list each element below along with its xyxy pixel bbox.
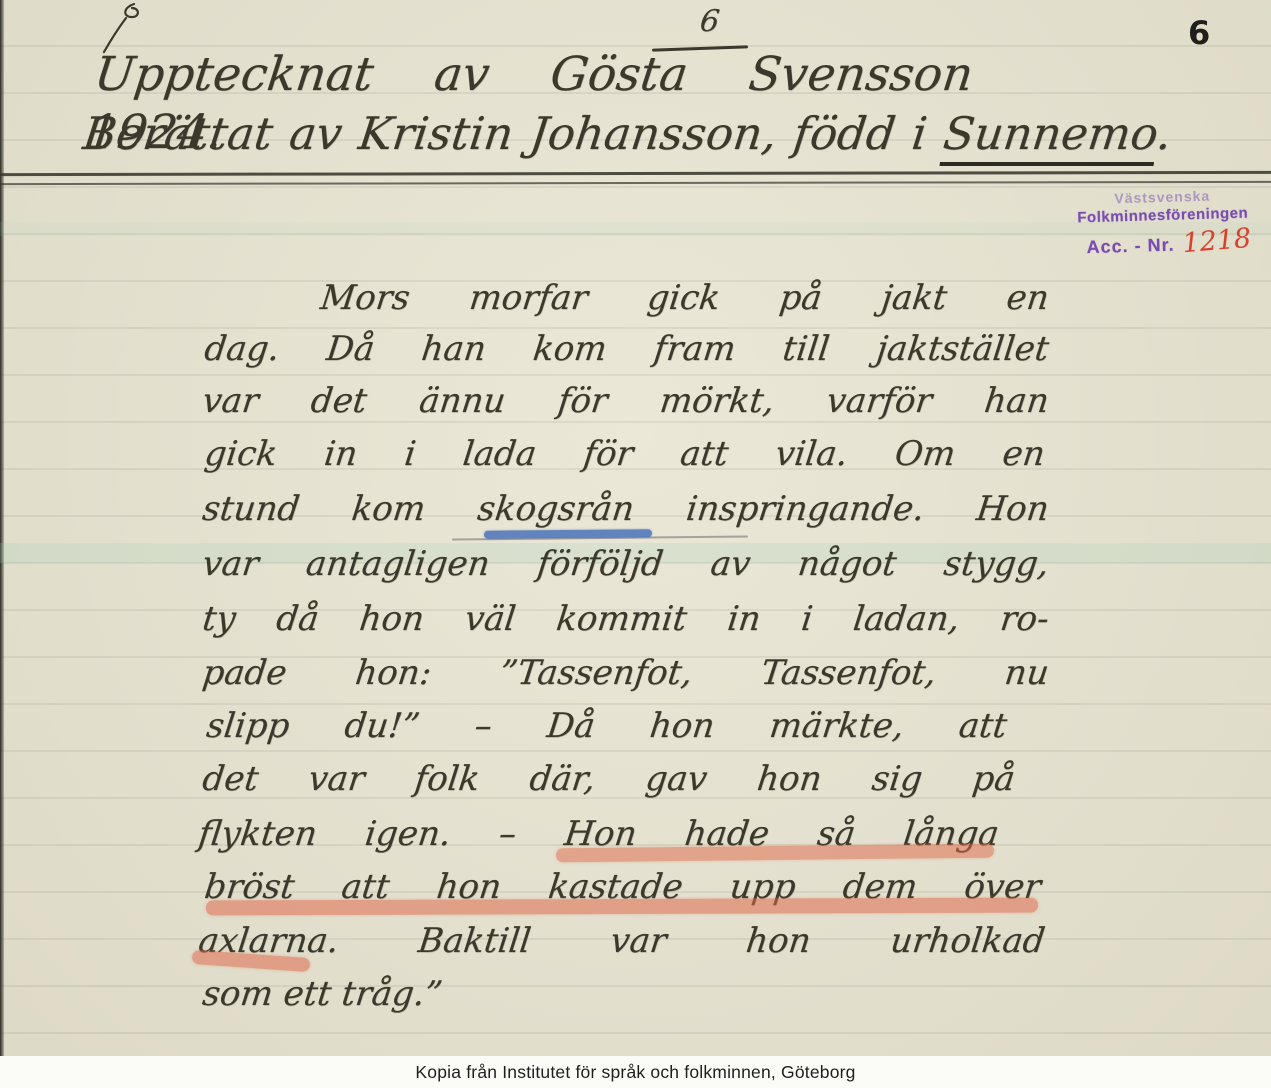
body-line: det var folk där, gav hon sig på — [200, 757, 1017, 801]
body-line: Mors morfar gick på jakt en — [318, 276, 1051, 320]
header-told-by: Berättat av Kristin Johansson, född i Su… — [80, 106, 1175, 162]
body-line: dag. Då han kom fram till jaktstället — [202, 327, 1051, 371]
stamp-accession-row: Acc. - Nr. 1218 — [1058, 224, 1269, 261]
stamp-acc-label: Acc. - Nr. — [1086, 235, 1175, 258]
place-name-underlined: Sunnemo — [940, 107, 1161, 166]
blue-underline-mark — [484, 529, 652, 538]
body-line: var det ännu för mörkt, varför han — [200, 379, 1051, 423]
printed-page-number: 6 — [1188, 14, 1210, 52]
manuscript-page: 6 6 Upptecknat av Gösta Svensson 1924. B… — [0, 0, 1271, 1088]
archive-stamp: Västsvenska Folkminnesföreningen Acc. - … — [1057, 186, 1269, 261]
body-line: var antagligen förföljd av något stygg, — [200, 542, 1051, 586]
divider-double-rule — [0, 171, 1271, 185]
body-line: gick in i lada för att vila. Om en — [202, 432, 1047, 476]
red-crayon-underline-2 — [206, 898, 1038, 916]
body-line: ty då hon väl kommit in i ladan, ro- — [200, 597, 1051, 641]
body-line: stund kom skogsrån inspringande. Hon — [200, 487, 1051, 531]
stamp-acc-number: 1218 — [1181, 223, 1252, 259]
header-told-by-text: Berättat av Kristin Johansson, född i — [80, 107, 930, 160]
handwritten-page-number: 6 — [698, 4, 721, 39]
body-line: slipp du!” – Då hon märkte, att — [204, 704, 1009, 748]
copy-caption-strip: Kopia från Institutet för språk och folk… — [0, 1056, 1271, 1088]
copy-caption-text: Kopia från Institutet för språk och folk… — [415, 1062, 855, 1083]
body-line: som ett tråg.” — [200, 972, 605, 1016]
body-line: axlarna. Baktill var hon urholkad — [196, 919, 1047, 963]
body-line: pade hon: ”Tassenfot, Tassenfot, nu — [200, 651, 1051, 695]
